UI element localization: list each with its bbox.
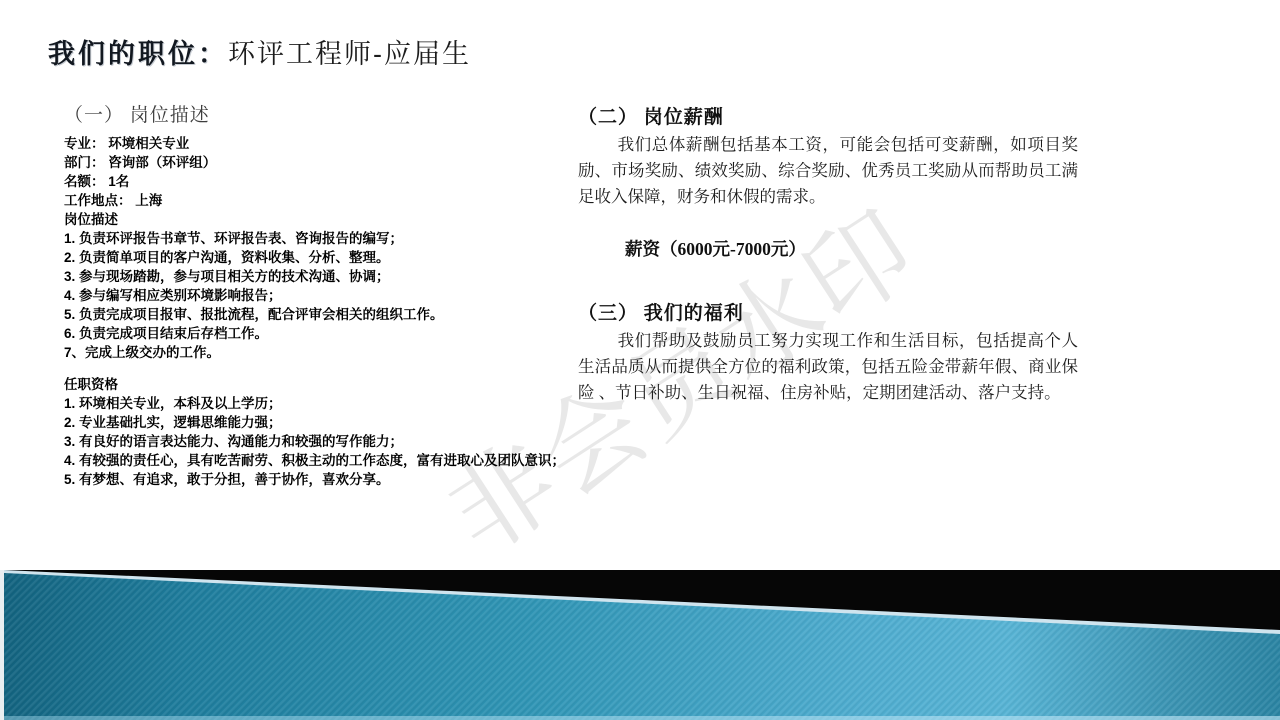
info-line-department: 部门： 咨询部（环评组） [64,153,664,172]
welfare-heading: （三） 我们的福利 [578,298,1078,325]
list-item: 3. 参与现场踏勘，参与项目相关方的技术沟通、协调； [64,267,664,286]
list-item: 2. 负责简单项目的客户沟通，资料收集、分析、整理。 [64,248,664,267]
info-line-location: 工作地点： 上海 [64,191,664,210]
list-item: 4. 参与编写相应类别环境影响报告； [64,286,664,305]
salary-paragraph: 我们总体薪酬包括基本工资，可能会包括可变薪酬，如项目奖励、市场奖励、绩效奖励、综… [578,132,1078,210]
salary-range: 薪资（6000元-7000元） [625,236,1078,261]
list-item: 1. 环境相关专业，本科及以上学历； [64,394,664,413]
list-item: 2. 专业基础扎实，逻辑思维能力强； [64,413,664,432]
qualifications-block: 任职资格 1. 环境相关专业，本科及以上学历； 2. 专业基础扎实，逻辑思维能力… [64,375,664,489]
bottom-edge-glow [0,716,1280,720]
list-item: 6. 负责完成项目结束后存档工作。 [64,324,664,343]
page-title-value: 环评工程师-应届生 [228,39,471,69]
page-title: 我们的职位：环评工程师-应届生 [48,32,471,71]
list-item: 5. 负责完成项目报审、报批流程，配合评审会相关的组织工作。 [64,305,664,324]
section-job-description: （一） 岗位描述 专业： 环境相关专业 部门： 咨询部（环评组） 名额： 1名 … [64,100,664,489]
welfare-block: （三） 我们的福利 我们帮助及鼓励员工努力实现工作和生活目标，包括提高个人生活品… [578,298,1078,406]
list-item: 7、完成上级交办的工作。 [64,343,664,362]
info-line-major: 专业： 环境相关专业 [64,134,664,153]
list-item: 1. 负责环评报告书章节、环评报告表、咨询报告的编写； [64,229,664,248]
section-salary-welfare: （二） 岗位薪酬 我们总体薪酬包括基本工资，可能会包括可变薪酬，如项目奖励、市场… [578,102,1078,406]
info-line-headcount: 名额： 1名 [64,172,664,191]
list-item: 3. 有良好的语言表达能力、沟通能力和较强的写作能力； [64,432,664,451]
page-title-label: 我们的职位： [48,39,228,69]
list-item: 5. 有梦想、有追求，敢于分担，善于协作，喜欢分享。 [64,470,664,489]
list-item: 4. 有较强的责任心，具有吃苦耐劳、积极主动的工作态度，富有进取心及团队意识； [64,451,664,470]
left-edge-strip [0,570,4,720]
qualifications-subheading: 任职资格 [64,375,664,394]
salary-heading: （二） 岗位薪酬 [578,102,1078,129]
welfare-paragraph: 我们帮助及鼓励员工努力实现工作和生活目标，包括提高个人生活品质从而提供全方位的福… [578,328,1078,406]
duties-subheading: 岗位描述 [64,210,664,229]
job-description-heading: （一） 岗位描述 [64,100,664,127]
